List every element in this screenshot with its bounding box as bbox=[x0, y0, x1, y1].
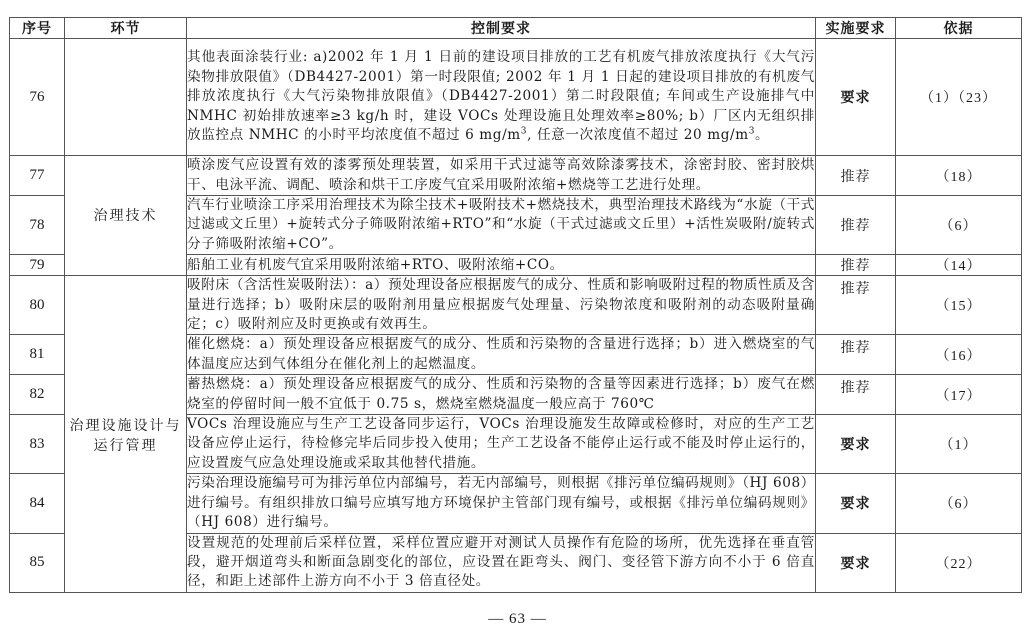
row-implementation: 要求 bbox=[816, 39, 896, 156]
control-requirements-table: 序号 环节 控制要求 实施要求 依据 76 其他表面涂装行业: a)2002 年… bbox=[9, 17, 1022, 593]
header-stage: 环节 bbox=[65, 18, 187, 39]
row-basis: （22） bbox=[896, 533, 1022, 592]
row-implementation: 要求 bbox=[816, 415, 896, 474]
row-stage-empty bbox=[65, 39, 187, 156]
stage-facility-design-operation: 治理设施设计与 运行管理 bbox=[65, 276, 187, 593]
row-implementation: 推荐 bbox=[816, 335, 896, 375]
row-implementation: 推荐 bbox=[816, 156, 896, 196]
document-page: 序号 环节 控制要求 实施要求 依据 76 其他表面涂装行业: a)2002 年… bbox=[0, 0, 1035, 635]
table-header-row: 序号 环节 控制要求 实施要求 依据 bbox=[10, 18, 1022, 39]
stage-treatment-technology: 治理技术 bbox=[65, 156, 187, 276]
row-implementation: 要求 bbox=[816, 474, 896, 533]
header-seq: 序号 bbox=[10, 18, 65, 39]
row-requirement: 催化燃烧：a）预处理设备应根据废气的成分、性质和污染物的含量进行选择；b）进入燃… bbox=[187, 335, 816, 375]
table-row: 80 治理设施设计与 运行管理 吸附床（含活性炭吸附法）：a）预处理设备应根据废… bbox=[10, 276, 1022, 335]
row-requirement: 吸附床（含活性炭吸附法）：a）预处理设备应根据废气的成分、性质和影响吸附过程的物… bbox=[187, 276, 816, 335]
header-implementation: 实施要求 bbox=[816, 18, 896, 39]
row-requirement: VOCs 治理设施应与生产工艺设备同步运行，VOCs 治理设施发生故障或检修时，… bbox=[187, 415, 816, 474]
row-seq: 82 bbox=[10, 375, 65, 415]
header-basis: 依据 bbox=[896, 18, 1022, 39]
page-number: — 63 — bbox=[0, 611, 1035, 628]
row-requirement: 汽车行业喷涂工序采用治理技术为除尘技术+吸附技术+燃烧技术，典型治理技术路线为“… bbox=[187, 196, 816, 255]
table-row: 77 治理技术 喷涂废气应设置有效的漆雾预处理装置，如采用干式过滤等高效除漆雾技… bbox=[10, 156, 1022, 196]
row-seq: 78 bbox=[10, 196, 65, 255]
row-seq: 81 bbox=[10, 335, 65, 375]
row-implementation: 推荐 bbox=[816, 276, 896, 335]
row-seq: 76 bbox=[10, 39, 65, 156]
row-basis: （18） bbox=[896, 156, 1022, 196]
row-implementation: 推荐 bbox=[816, 255, 896, 276]
row-seq: 85 bbox=[10, 533, 65, 592]
row-requirement: 蓄热燃烧：a）预处理设备应根据废气的成分、性质和污染物的含量等因素进行选择；b）… bbox=[187, 375, 816, 415]
row-seq: 77 bbox=[10, 156, 65, 196]
row-basis: （16） bbox=[896, 335, 1022, 375]
row-basis: （1）（23） bbox=[896, 39, 1022, 156]
row-requirement: 其他表面涂装行业: a)2002 年 1 月 1 日前的建设项目排放的工艺有机废… bbox=[187, 39, 816, 156]
row-basis: （6） bbox=[896, 196, 1022, 255]
row-requirement: 船舶工业有机废气宜采用吸附浓缩+RTO、吸附浓缩+CO。 bbox=[187, 255, 816, 276]
table-row: 76 其他表面涂装行业: a)2002 年 1 月 1 日前的建设项目排放的工艺… bbox=[10, 39, 1022, 156]
stage-label-line2: 运行管理 bbox=[65, 436, 186, 456]
row-basis: （14） bbox=[896, 255, 1022, 276]
row-basis: （6） bbox=[896, 474, 1022, 533]
row-seq: 84 bbox=[10, 474, 65, 533]
stage-label-line1: 治理设施设计与 bbox=[65, 416, 186, 436]
row-implementation: 推荐 bbox=[816, 375, 896, 415]
row-requirement: 污染治理设施编号可为排污单位内部编号，若无内部编号，则根据《排污单位编码规则》（… bbox=[187, 474, 816, 533]
row-implementation: 要求 bbox=[816, 533, 896, 592]
row-implementation: 推荐 bbox=[816, 196, 896, 255]
row-seq: 79 bbox=[10, 255, 65, 276]
header-requirement: 控制要求 bbox=[187, 18, 816, 39]
row-basis: （15） bbox=[896, 276, 1022, 335]
row-seq: 83 bbox=[10, 415, 65, 474]
row-basis: （17） bbox=[896, 375, 1022, 415]
row-basis: （1） bbox=[896, 415, 1022, 474]
row-requirement: 设置规范的处理前后采样位置，采样位置应避开对测试人员操作有危险的场所，优先选择在… bbox=[187, 533, 816, 592]
row-requirement: 喷涂废气应设置有效的漆雾预处理装置，如采用干式过滤等高效除漆雾技术，涂密封胶、密… bbox=[187, 156, 816, 196]
row-seq: 80 bbox=[10, 276, 65, 335]
